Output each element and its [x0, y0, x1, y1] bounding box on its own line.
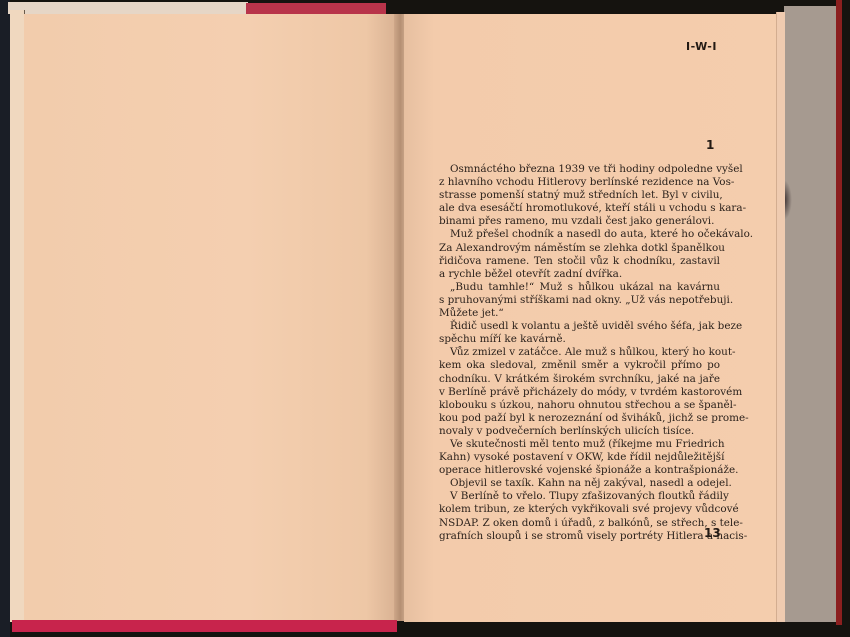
text-line: Objevil se taxík. Kahn na něj zakýval, n…: [439, 477, 720, 490]
text-line: grafních sloupů i se stromů visely portr…: [439, 530, 720, 543]
chapter-number: 1: [706, 138, 714, 152]
cover-top-red-edge: [246, 3, 386, 14]
text-line: kem oka sledoval, změnil směr a vykročil…: [439, 359, 720, 372]
text-line: ale dva esesáčtí hromotlukové, kteří stá…: [439, 202, 720, 215]
text-line: V Berlíně to vřelo. Tlupy zfašizovaných …: [439, 490, 720, 503]
cover-right-red-edge: [836, 0, 842, 625]
text-line: v Berlíně právě přicházely do módy, v tv…: [439, 386, 720, 399]
text-line: novaly v podvečerních berlínských ulicíc…: [439, 425, 720, 438]
text-line: Osmnáctého března 1939 ve tři hodiny odp…: [439, 163, 720, 176]
left-page-blank: [24, 14, 396, 621]
text-line: Ve skutečnosti měl tento muž (říkejme mu…: [439, 438, 720, 451]
chapter-body-text: Osmnáctého března 1939 ve tři hodiny odp…: [439, 163, 720, 543]
text-line: z hlavního vchodu Hitlerovy berlínské re…: [439, 176, 720, 189]
text-line: s pruhovanými stříškami nad okny. „Už vá…: [439, 294, 720, 307]
text-line: NSDAP. Z oken domů i úřadů, z balkónů, s…: [439, 517, 720, 530]
back-cover-board: [784, 6, 836, 622]
text-line: Řidič usedl k volantu a ještě uviděl své…: [439, 320, 720, 333]
text-line: řidičova ramene. Ten stočil vůz k chodní…: [439, 255, 720, 268]
book-spine-edge: [0, 0, 10, 637]
text-line: Vůz zmizel v zatáčce. Ale muž s hůlkou, …: [439, 346, 720, 359]
text-line: spěchu míří ke kavárně.: [439, 333, 720, 346]
running-header: I-W-I: [686, 40, 717, 53]
text-line: chodníku. V krátkém širokém svrchníku, j…: [439, 373, 720, 386]
text-line: kou pod paží byl k nerozeznání od švihák…: [439, 412, 720, 425]
text-line: klobouku s úzkou, nahoru ohnutou střecho…: [439, 399, 720, 412]
finger-shadow: [784, 180, 792, 220]
text-line: operace hitlerovské vojenské špionáže a …: [439, 464, 720, 477]
right-page-stack-edge: [776, 12, 785, 622]
text-line: Kahn) vysoké postavení v OKW, kde řídil …: [439, 451, 720, 464]
text-line: Za Alexandrovým náměstím se zlehka dotkl…: [439, 242, 720, 255]
text-line: Můžete jet.“: [439, 307, 720, 320]
text-line: Muž přešel chodník a nasedl do auta, kte…: [439, 228, 720, 241]
text-line: binami přes rameno, mu vzdali čest jako …: [439, 215, 720, 228]
text-line: kolem tribun, ze kterých vykřikovali své…: [439, 503, 720, 516]
page-block-top-edge: [8, 2, 248, 14]
page-number: 13: [704, 526, 721, 540]
text-line: a rychle běžel otevřít zadní dvířka.: [439, 268, 720, 281]
cover-bottom-red-edge: [12, 620, 397, 632]
text-line: strasse pomenší statný muž středních let…: [439, 189, 720, 202]
left-page-stack-edge: [10, 10, 25, 622]
text-line: „Budu tamhle!“ Muž s hůlkou ukázal na ka…: [439, 281, 720, 294]
